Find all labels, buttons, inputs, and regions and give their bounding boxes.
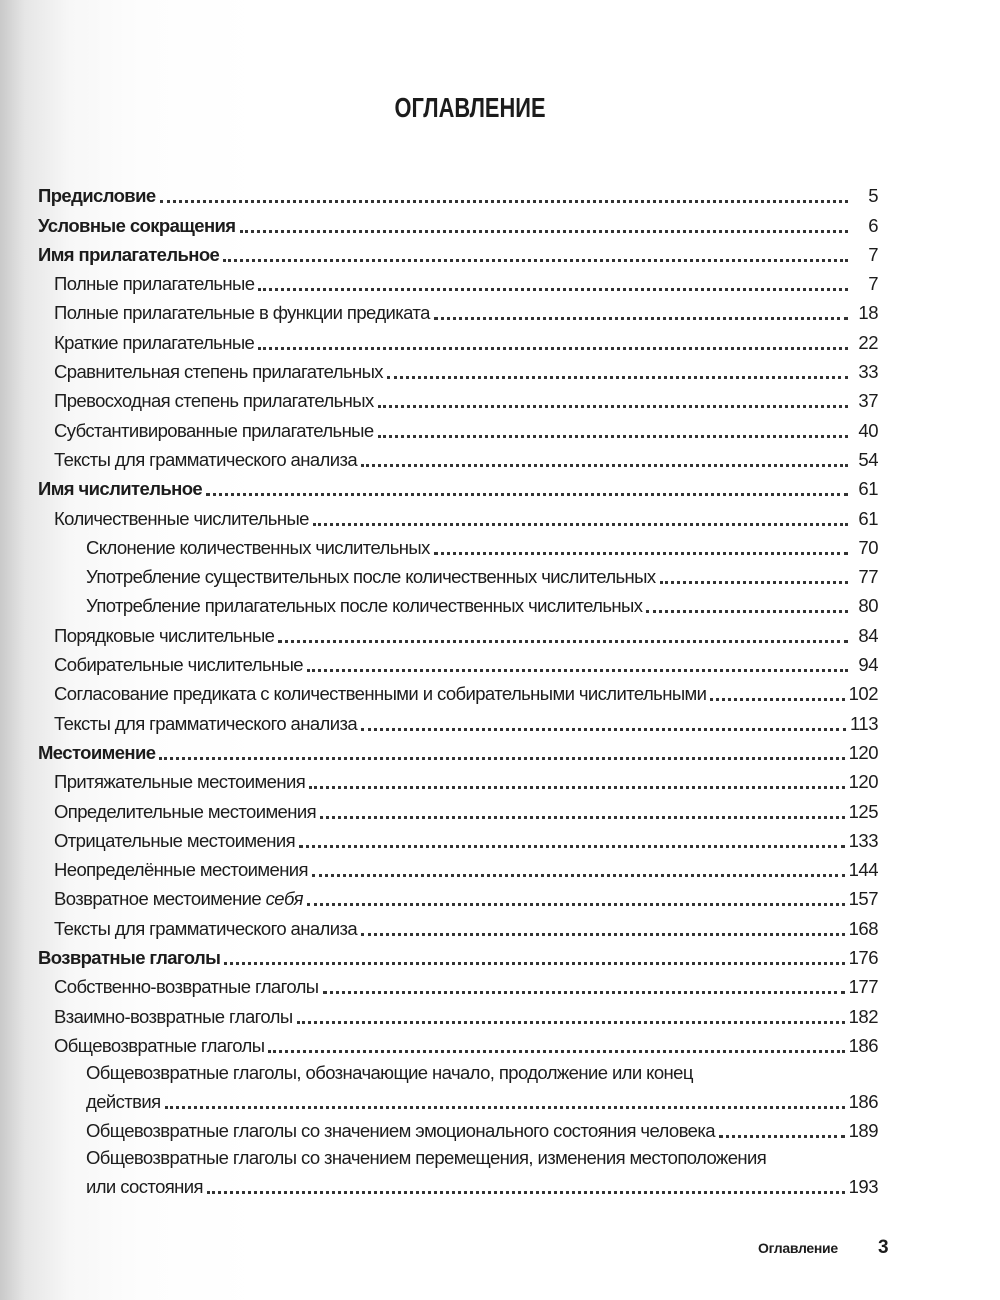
toc-entry-label: Имя числительное <box>38 478 202 500</box>
dot-leader <box>320 816 845 819</box>
toc-entry-page: 33 <box>852 361 878 383</box>
toc-entry[interactable]: Краткие прилагательные22 <box>38 324 878 353</box>
toc-entry-label: Порядковые числительные <box>54 625 274 647</box>
toc-entry[interactable]: Употребление прилагательных после количе… <box>38 588 878 617</box>
dot-leader <box>434 552 848 555</box>
toc-entry-label: Краткие прилагательные <box>54 332 254 354</box>
dot-leader <box>434 317 848 320</box>
dot-leader <box>258 288 848 291</box>
toc-entry[interactable]: Согласование предиката с количественными… <box>38 676 878 705</box>
toc-entry[interactable]: Определительные местоимения125 <box>38 793 878 822</box>
toc-entry-label: Употребление прилагательных после количе… <box>86 595 642 617</box>
toc-entry[interactable]: Полные прилагательные7 <box>38 266 878 295</box>
dot-leader <box>309 786 845 789</box>
toc-entry[interactable]: Имя прилагательное7 <box>38 237 878 266</box>
toc-entry-label: Местоимение <box>38 742 155 764</box>
page-title: ОГЛАВЛЕНИЕ <box>103 92 836 124</box>
toc-entry-page: 5 <box>852 185 878 207</box>
toc-entry[interactable]: Возвратное местоимение себя157 <box>38 881 878 910</box>
toc-entry[interactable]: Полные прилагательные в функции предикат… <box>38 295 878 324</box>
dot-leader <box>378 405 848 408</box>
toc-entry[interactable]: Сравнительная степень прилагательных33 <box>38 354 878 383</box>
dot-leader <box>224 962 844 965</box>
dot-leader <box>312 874 845 877</box>
toc-entry[interactable]: Субстантивированные прилагательные40 <box>38 412 878 441</box>
toc-entry-page: 61 <box>852 508 878 530</box>
toc-entry[interactable]: Отрицательные местоимения133 <box>38 823 878 852</box>
toc-entry-page: 80 <box>852 595 878 617</box>
toc-entry[interactable]: Общевозвратные глаголы, обозначающие нач… <box>38 1057 878 1113</box>
toc-entry-page: 120 <box>849 742 878 764</box>
toc-entry-label: или состояния <box>86 1176 203 1198</box>
dot-leader <box>361 933 845 936</box>
toc-entry-page: 22 <box>852 332 878 354</box>
dot-leader <box>307 903 845 906</box>
toc-entry[interactable]: Общевозвратные глаголы186 <box>38 1028 878 1057</box>
dot-leader <box>378 435 848 438</box>
toc-entry-page: 77 <box>852 566 878 588</box>
toc-entry[interactable]: Превосходная степень прилагательных37 <box>38 383 878 412</box>
dot-leader <box>240 230 849 233</box>
toc-entry-label: Собирательные числительные <box>54 654 303 676</box>
toc-entry-page: 40 <box>852 420 878 442</box>
dot-leader <box>660 581 848 584</box>
toc-entry[interactable]: Склонение количественных числительных70 <box>38 530 878 559</box>
toc-entry-page: 189 <box>849 1120 878 1142</box>
toc-entry[interactable]: Неопределённые местоимения144 <box>38 852 878 881</box>
toc-entry-label: Превосходная степень прилагательных <box>54 390 374 412</box>
toc-entry[interactable]: Порядковые числительные84 <box>38 617 878 646</box>
dot-leader <box>297 1021 845 1024</box>
toc-entry[interactable]: Предисловие5 <box>38 178 878 207</box>
toc-entry-label: Отрицательные местоимения <box>54 830 295 852</box>
toc-entry[interactable]: Тексты для грамматического анализа168 <box>38 910 878 939</box>
toc-entry-label: Склонение количественных числительных <box>86 537 430 559</box>
dot-leader <box>206 493 848 496</box>
dot-leader <box>323 991 845 994</box>
dot-leader <box>361 464 848 467</box>
toc-entry-label: Общевозвратные глаголы со значением пере… <box>86 1142 878 1170</box>
toc-entry-page: 102 <box>849 683 878 705</box>
toc-entry-label: Неопределённые местоимения <box>54 859 308 881</box>
toc-entry-page: 193 <box>849 1176 878 1198</box>
toc-entry-label: Тексты для грамматического анализа <box>54 713 357 735</box>
toc-entry-label: Взаимно-возвратные глаголы <box>54 1006 293 1028</box>
toc-entry[interactable]: Общевозвратные глаголы со значением эмоц… <box>38 1113 878 1142</box>
toc-entry-page: 186 <box>849 1091 878 1113</box>
dot-leader <box>313 523 848 526</box>
toc-entry-label-italic: себя <box>266 888 303 910</box>
toc-entry-label: Количественные числительные <box>54 508 309 530</box>
dot-leader <box>160 200 848 203</box>
toc-entry-label: Притяжательные местоимения <box>54 771 305 793</box>
toc-entry-page: 125 <box>849 801 878 823</box>
toc-entry-page: 61 <box>852 478 878 500</box>
dot-leader <box>165 1106 845 1109</box>
toc-entry-page: 94 <box>852 654 878 676</box>
table-of-contents: Предисловие5Условные сокращения6Имя прил… <box>38 178 878 1198</box>
toc-entry[interactable]: Тексты для грамматического анализа113 <box>38 705 878 734</box>
toc-entry-label: Тексты для грамматического анализа <box>54 918 357 940</box>
toc-entry[interactable]: Количественные числительные61 <box>38 500 878 529</box>
toc-entry[interactable]: Возвратные глаголы176 <box>38 940 878 969</box>
toc-entry-label: Согласование предиката с количественными… <box>54 683 706 705</box>
toc-entry-label: Возвратное местоимение <box>54 888 261 910</box>
toc-entry-page: 168 <box>849 918 878 940</box>
dot-leader <box>361 728 846 731</box>
running-title: Оглавление <box>758 1240 838 1256</box>
toc-entry-page: 186 <box>849 1035 878 1057</box>
dot-leader <box>387 376 848 379</box>
toc-entry-label: Собственно-возвратные глаголы <box>54 976 319 998</box>
toc-entry-page: 54 <box>852 449 878 471</box>
toc-entry[interactable]: Собирательные числительные94 <box>38 647 878 676</box>
toc-entry-page: 70 <box>852 537 878 559</box>
toc-entry-page: 157 <box>849 888 878 910</box>
toc-entry-label: Полные прилагательные в функции предикат… <box>54 302 430 324</box>
toc-entry-page: 18 <box>852 302 878 324</box>
toc-entry[interactable]: Условные сокращения6 <box>38 207 878 236</box>
toc-entry-label: Условные сокращения <box>38 215 236 237</box>
toc-entry-page: 133 <box>849 830 878 852</box>
toc-entry-page: 84 <box>852 625 878 647</box>
dot-leader <box>719 1135 845 1138</box>
toc-entry-label: Имя прилагательное <box>38 244 219 266</box>
dot-leader <box>268 1050 844 1053</box>
toc-entry-label: Предисловие <box>38 185 156 207</box>
toc-entry-label: Общевозвратные глаголы, обозначающие нач… <box>86 1057 878 1085</box>
toc-entry-label: Общевозвратные глаголы со значением эмоц… <box>86 1120 715 1142</box>
toc-entry-page: 7 <box>852 244 878 266</box>
toc-entry-label: действия <box>86 1091 161 1113</box>
toc-entry[interactable]: Употребление существительных после колич… <box>38 559 878 588</box>
dot-leader <box>159 757 844 760</box>
toc-entry[interactable]: Местоимение120 <box>38 735 878 764</box>
toc-entry-page: 120 <box>849 771 878 793</box>
page-footer: Оглавление 3 <box>0 1240 1000 1264</box>
toc-entry-page: 113 <box>850 713 878 735</box>
toc-entry-page: 176 <box>849 947 878 969</box>
dot-leader <box>646 610 848 613</box>
page-number: 3 <box>878 1237 889 1259</box>
toc-entry-label: Возвратные глаголы <box>38 947 220 969</box>
toc-entry-label: Полные прилагательные <box>54 273 254 295</box>
toc-entry-label: Сравнительная степень прилагательных <box>54 361 383 383</box>
toc-entry[interactable]: Взаимно-возвратные глаголы182 <box>38 998 878 1027</box>
toc-entry[interactable]: Собственно-возвратные глаголы177 <box>38 969 878 998</box>
toc-entry[interactable]: Тексты для грамматического анализа54 <box>38 442 878 471</box>
toc-entry-page: 182 <box>849 1006 878 1028</box>
toc-entry[interactable]: Имя числительное61 <box>38 471 878 500</box>
toc-entry-label: Тексты для грамматического анализа <box>54 449 357 471</box>
dot-leader <box>299 845 845 848</box>
toc-entry-label: Употребление существительных после колич… <box>86 566 656 588</box>
dot-leader <box>207 1191 845 1194</box>
dot-leader <box>258 347 848 350</box>
toc-entry-page: 177 <box>849 976 878 998</box>
dot-leader <box>710 698 844 701</box>
dot-leader <box>223 259 848 262</box>
dot-leader <box>307 669 848 672</box>
toc-entry-label: Общевозвратные глаголы <box>54 1035 264 1057</box>
toc-entry-label: Определительные местоимения <box>54 801 316 823</box>
toc-entry-page: 6 <box>852 215 878 237</box>
dot-leader <box>278 640 848 643</box>
toc-entry-page: 144 <box>849 859 878 881</box>
toc-entry-page: 37 <box>852 390 878 412</box>
toc-entry[interactable]: Общевозвратные глаголы со значением пере… <box>38 1142 878 1198</box>
toc-entry[interactable]: Притяжательные местоимения120 <box>38 764 878 793</box>
toc-entry-page: 7 <box>852 273 878 295</box>
toc-entry-label: Субстантивированные прилагательные <box>54 420 374 442</box>
